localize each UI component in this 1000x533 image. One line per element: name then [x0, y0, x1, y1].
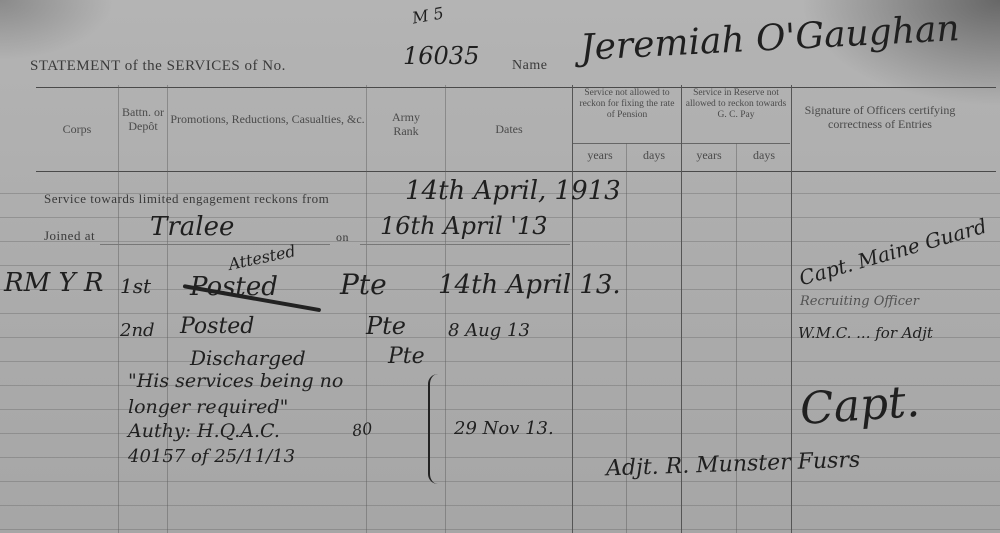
brace-mark — [428, 374, 444, 484]
entry-date: 29 Nov 13. — [454, 418, 554, 439]
document-title: STATEMENT of the SERVICES of No. — [30, 58, 286, 75]
entry-rank-note: 80 — [351, 419, 374, 441]
entry-rank: Pte — [388, 344, 425, 369]
name-label: Name — [512, 58, 547, 74]
joined-at-underline — [100, 244, 330, 245]
joined-on-underline — [360, 244, 570, 245]
header-signature: Signature of Officers certifying correct… — [800, 103, 960, 131]
col-divider — [366, 85, 367, 533]
entry-rank: Pte — [340, 268, 387, 301]
header-promotions: Promotions, Reductions, Casualties, &c. — [170, 112, 365, 126]
subheader-years: years — [574, 148, 626, 162]
entry-discharge-line: 40157 of 25/11/13 — [128, 446, 295, 467]
col-divider — [118, 85, 119, 533]
subheader-days: days — [738, 148, 790, 162]
service-reckons-value: 14th April, 1913 — [405, 176, 621, 206]
col-divider — [445, 85, 446, 533]
entry-date: 14th April 13. — [438, 270, 621, 300]
service-number: 16035 — [403, 42, 479, 70]
joined-on-value: 16th April '13 — [380, 212, 548, 240]
service-record-page: STATEMENT of the SERVICES of No. 16035 M… — [0, 0, 1000, 533]
joined-at-label: Joined at — [44, 228, 95, 244]
entry-rank: Pte — [366, 312, 406, 340]
signature-officer: W.M.C. ... for Adjt — [798, 324, 933, 342]
header-pension: Service not allowed to reckon for fixing… — [575, 88, 679, 121]
entry-date: 8 Aug 13 — [448, 320, 530, 341]
header-battn: Battn. or Depôt — [120, 105, 166, 133]
entry-discharge-line: "His services being no — [128, 370, 343, 392]
entry-discharge-line: Authy: H.Q.A.C. — [128, 420, 280, 442]
header-army-rank: Army Rank — [380, 110, 432, 138]
header-reserve: Service in Reserve not allowed to reckon… — [683, 88, 789, 121]
signature-initials: Capt. — [798, 376, 921, 435]
header-bottom-rule — [36, 171, 996, 172]
entry-promotion: Posted — [180, 314, 254, 339]
subheader-days: days — [628, 148, 680, 162]
entry-battn: 1st — [120, 274, 151, 298]
entry-discharge-line: Discharged — [190, 346, 306, 370]
header-corps: Corps — [36, 122, 118, 136]
entry-battn: 2nd — [120, 320, 155, 341]
header-top-rule — [36, 87, 996, 88]
subheader-years: years — [683, 148, 735, 162]
header-dates: Dates — [447, 122, 571, 136]
signature-stamp: Recruiting Officer — [800, 294, 919, 309]
entry-corps: RM Y R — [4, 268, 103, 298]
joined-at-value: Tralee — [150, 212, 234, 242]
col-divider — [572, 85, 573, 533]
name-value: Jeremiah O'Gaughan — [579, 8, 960, 69]
number-annotation: M 5 — [411, 3, 445, 27]
joined-on-label: on — [336, 230, 349, 245]
entry-discharge-line: longer required" — [128, 396, 288, 418]
service-reckons-label: Service towards limited engagement recko… — [44, 191, 329, 207]
